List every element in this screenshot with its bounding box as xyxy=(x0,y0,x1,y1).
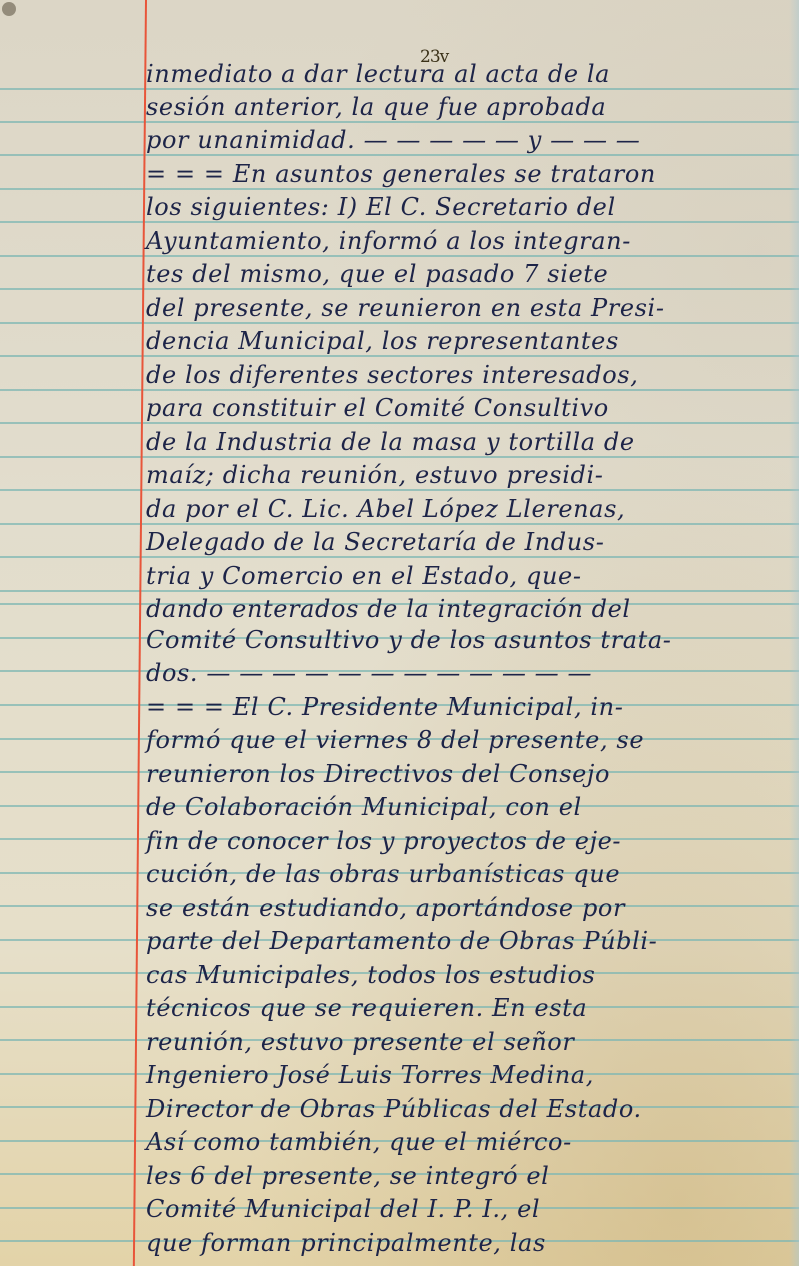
text-line: para constituir el Comité Consultivo xyxy=(146,396,609,420)
text-line: sesión anterior, la que fue aprobada xyxy=(146,95,606,119)
ruled-line xyxy=(0,422,799,424)
ruled-line xyxy=(0,188,799,190)
text-line: reunieron los Directivos del Consejo xyxy=(146,762,610,786)
text-line: Comité Municipal del I. P. I., el xyxy=(146,1197,540,1221)
text-line: del presente, se reunieron en esta Presi… xyxy=(146,296,665,320)
text-line: maíz; dicha reunión, estuvo presidi- xyxy=(146,463,603,487)
text-line: fin de conocer los y proyectos de eje- xyxy=(146,829,621,853)
text-line: reunión, estuvo presente el señor xyxy=(146,1030,574,1054)
text-line: los siguientes: I) El C. Secretario del xyxy=(146,195,616,219)
text-line: Así como también, que el miérco- xyxy=(146,1130,572,1154)
text-line: por unanimidad. — — — — — y — — — xyxy=(146,128,640,152)
ruled-line xyxy=(0,489,799,491)
ruled-line xyxy=(0,590,799,592)
text-line: de los diferentes sectores interesados, xyxy=(146,363,638,387)
text-line: Comité Consultivo y de los asuntos trata… xyxy=(146,628,672,652)
text-line: dencia Municipal, los representantes xyxy=(146,329,619,353)
text-line: cución, de las obras urbanísticas que xyxy=(146,862,620,886)
text-line: formó que el viernes 8 del presente, se xyxy=(146,728,644,752)
ruled-line xyxy=(0,255,799,257)
ruled-line xyxy=(0,121,799,123)
ruled-line xyxy=(0,221,799,223)
text-line: de Colaboración Municipal, con el xyxy=(146,795,582,819)
text-line: tria y Comercio en el Estado, que- xyxy=(146,564,582,588)
text-line: Ayuntamiento, informó a los integran- xyxy=(146,229,631,253)
ruled-line xyxy=(0,456,799,458)
text-line: dos. — — — — — — — — — — — — xyxy=(146,661,592,685)
ruled-line xyxy=(0,523,799,525)
ruled-line xyxy=(0,88,799,90)
text-line: parte del Departamento de Obras Públi- xyxy=(146,929,657,953)
text-line: = = = El C. Presidente Municipal, in- xyxy=(146,695,623,719)
text-line: Delegado de la Secretaría de Indus- xyxy=(146,530,604,554)
ruled-line xyxy=(0,154,799,156)
text-line: que forman principalmente, las xyxy=(146,1231,546,1255)
text-line: da por el C. Lic. Abel López Llerenas, xyxy=(146,497,625,521)
text-line: cas Municipales, todos los estudios xyxy=(146,963,595,987)
text-line: = = = En asuntos generales se trataron xyxy=(146,162,656,186)
text-line: tes del mismo, que el pasado 7 siete xyxy=(146,262,608,286)
notebook-page: 23v inmediato a dar lectura al acta de l… xyxy=(0,0,799,1266)
ruled-line xyxy=(0,556,799,558)
ink-stain xyxy=(2,2,16,16)
page-edge xyxy=(789,0,799,1266)
ruled-line xyxy=(0,288,799,290)
text-line: dando enterados de la integración del xyxy=(146,597,631,621)
text-line: de la Industria de la masa y tortilla de xyxy=(146,430,635,454)
text-line: Ingeniero José Luis Torres Medina, xyxy=(146,1063,594,1087)
text-line: se están estudiando, aportándose por xyxy=(146,896,625,920)
text-line: Director de Obras Públicas del Estado. xyxy=(146,1097,642,1121)
text-line: técnicos que se requieren. En esta xyxy=(146,996,587,1020)
ruled-line xyxy=(0,322,799,324)
ruled-line xyxy=(0,355,799,357)
ruled-line xyxy=(0,389,799,391)
text-line: les 6 del presente, se integró el xyxy=(146,1164,549,1188)
text-line: inmediato a dar lectura al acta de la xyxy=(146,62,610,86)
